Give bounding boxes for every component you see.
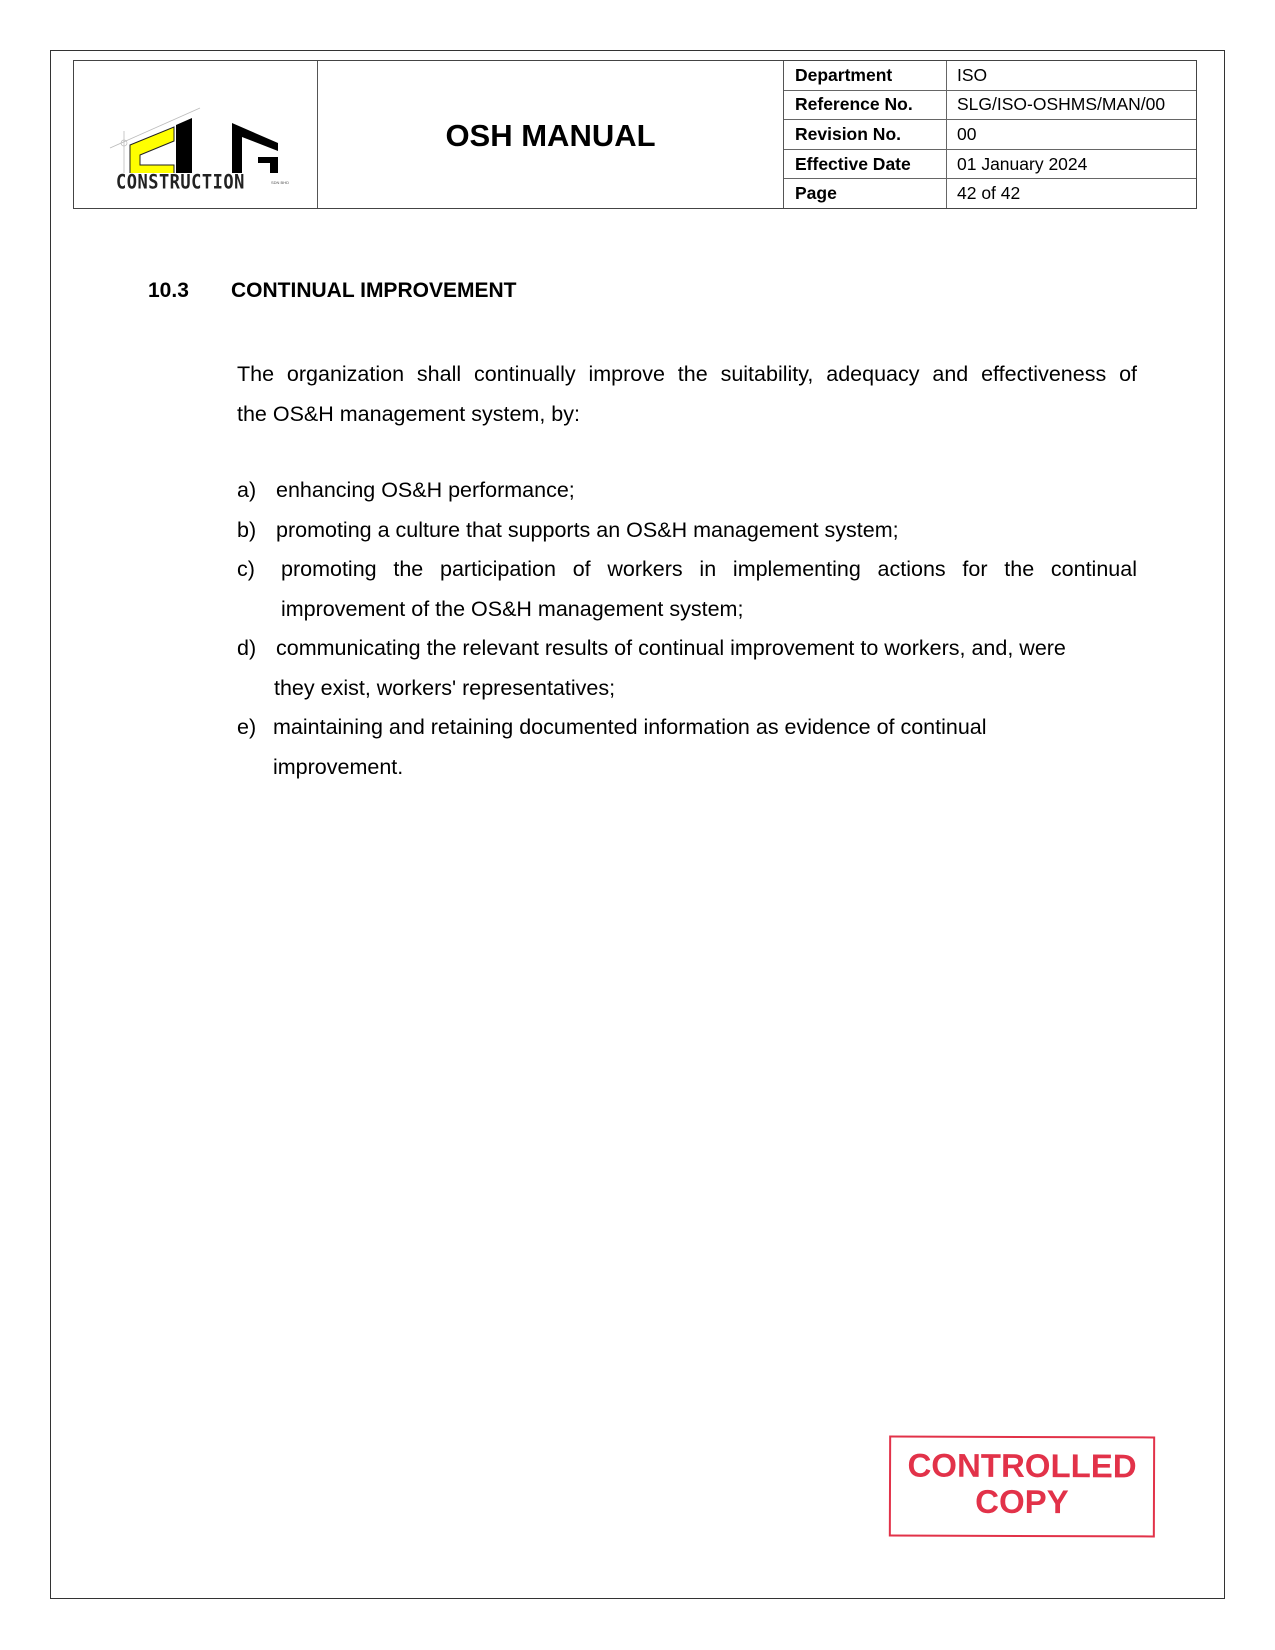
logo-suffix: SDN BHD bbox=[271, 180, 289, 185]
list-marker: a) bbox=[237, 471, 276, 511]
list-item-text: promoting the participation of workers i… bbox=[281, 550, 1137, 590]
intro-line: The organization shall continually impro… bbox=[237, 355, 1137, 395]
meta-value: 00 bbox=[947, 120, 1196, 149]
list-marker: c) bbox=[237, 550, 281, 629]
section-number: 10.3 bbox=[148, 279, 189, 303]
slg-logo-icon bbox=[82, 83, 312, 173]
page-border bbox=[50, 50, 1225, 1599]
list-item: a) enhancing OS&H performance; bbox=[237, 471, 1137, 511]
meta-value: SLG/ISO-OSHMS/MAN/00 bbox=[947, 91, 1196, 120]
list-marker: b) bbox=[237, 511, 276, 551]
meta-label: Effective Date bbox=[784, 150, 947, 179]
meta-value: 42 of 42 bbox=[947, 179, 1196, 208]
list-item-text: communicating the relevant results of co… bbox=[276, 629, 1137, 669]
list-item-text: enhancing OS&H performance; bbox=[276, 471, 1137, 511]
meta-row-page: Page 42 of 42 bbox=[784, 179, 1196, 208]
meta-label: Page bbox=[784, 179, 947, 208]
list-marker: e) bbox=[237, 708, 273, 787]
list-item: e) maintaining and retaining documented … bbox=[237, 708, 1137, 787]
meta-row-reference: Reference No. SLG/ISO-OSHMS/MAN/00 bbox=[784, 91, 1196, 121]
meta-row-revision: Revision No. 00 bbox=[784, 120, 1196, 150]
meta-row-department: Department ISO bbox=[784, 61, 1196, 91]
list-item: b) promoting a culture that supports an … bbox=[237, 511, 1137, 551]
controlled-copy-stamp: CONTROLLED COPY bbox=[889, 1436, 1155, 1538]
meta-value: 01 January 2024 bbox=[947, 150, 1196, 179]
logo-wordmark: CONSTRUCTION bbox=[116, 171, 245, 194]
document-header: CONSTRUCTION SDN BHD OSH MANUAL Departme… bbox=[73, 60, 1197, 209]
intro-paragraph: The organization shall continually impro… bbox=[237, 355, 1137, 434]
list-marker: d) bbox=[237, 629, 276, 708]
document-title: OSH MANUAL bbox=[318, 61, 784, 208]
list-item-text: they exist, workers' representatives; bbox=[274, 669, 1137, 709]
intro-line: the OS&H management system, by: bbox=[237, 395, 1137, 435]
list-item-text: promoting a culture that supports an OS&… bbox=[276, 511, 1137, 551]
list-item-text: maintaining and retaining documented inf… bbox=[273, 708, 1137, 748]
meta-label: Department bbox=[784, 61, 947, 90]
meta-label: Reference No. bbox=[784, 91, 947, 120]
meta-value: ISO bbox=[947, 61, 1196, 90]
meta-row-effective-date: Effective Date 01 January 2024 bbox=[784, 150, 1196, 180]
list-item: d) communicating the relevant results of… bbox=[237, 629, 1137, 708]
improvement-list: a) enhancing OS&H performance; b) promot… bbox=[237, 471, 1137, 787]
list-item-text: improvement. bbox=[273, 748, 1137, 788]
stamp-line: COPY bbox=[891, 1484, 1153, 1521]
meta-label: Revision No. bbox=[784, 120, 947, 149]
list-item-text: improvement of the OS&H management syste… bbox=[281, 590, 1137, 630]
section-heading: CONTINUAL IMPROVEMENT bbox=[231, 279, 516, 303]
company-logo: CONSTRUCTION SDN BHD bbox=[74, 61, 318, 208]
document-meta-table: Department ISO Reference No. SLG/ISO-OSH… bbox=[784, 61, 1196, 208]
stamp-line: CONTROLLED bbox=[891, 1448, 1153, 1485]
list-item: c) promoting the participation of worker… bbox=[237, 550, 1137, 629]
